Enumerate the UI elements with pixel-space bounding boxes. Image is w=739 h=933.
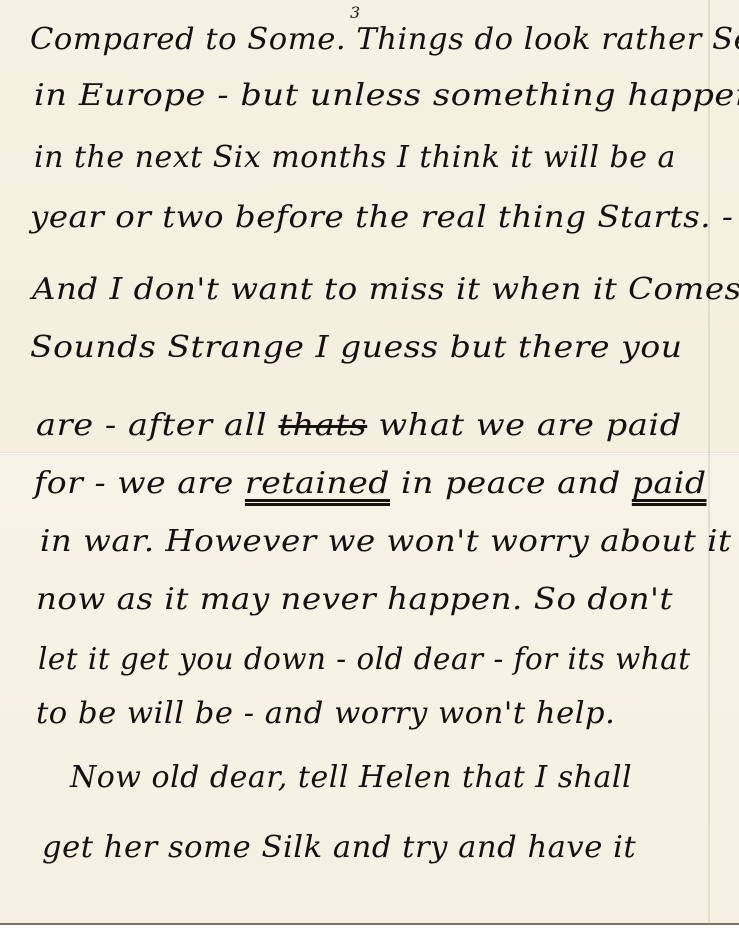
letter-line-7: are - after all thats what we are paid [36,408,682,443]
struck-word: thats [278,408,367,443]
letter-page: 3 Compared to Some. Things do look rathe… [0,0,739,925]
letter-line-2: in Europe - but unless something happens [34,78,739,113]
letter-line-5: And I don't want to miss it when it Come… [32,272,739,307]
page-number: 3 [350,3,360,22]
underlined-word-paid: paid [632,466,707,501]
letter-line-9: in war. However we won't worry about it [40,524,732,559]
letter-line-11: let it get you down - old dear - for its… [38,642,691,677]
letter-line-3: in the next Six months I think it will b… [34,140,676,175]
line-8-part-3: in peace and [390,466,632,501]
letter-line-10: now as it may never happen. So don't [36,582,673,617]
letter-line-12: to be will be - and worry won't help. [36,696,615,731]
underlined-word-retained: retained [245,466,390,501]
letter-line-8: for - we are retained in peace and paid [34,466,707,501]
scan-bottom-edge [0,925,739,933]
letter-line-14: get her some Silk and try and have it [42,830,636,865]
line-7-part-1: are - after all [36,408,278,443]
vertical-fold [708,0,710,925]
letter-line-13: Now old dear, tell Helen that I shall [70,760,632,795]
line-7-part-3: what we are paid [367,408,682,443]
letter-line-4: year or two before the real thing Starts… [30,200,733,235]
fold-crease [0,452,739,455]
letter-line-1: Compared to Some. Things do look rather … [30,22,739,57]
letter-line-6: Sounds Strange I guess but there you [30,330,683,365]
line-8-part-1: for - we are [34,466,245,501]
